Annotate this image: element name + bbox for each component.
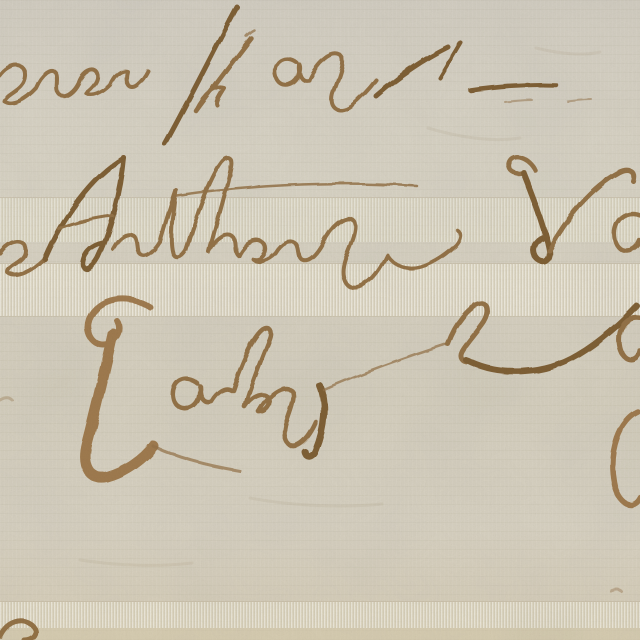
manuscript-photo: ever pray — Anthony Va Darby Va xyxy=(0,0,640,640)
film-grain-overlay xyxy=(0,0,640,640)
manuscript-canvas xyxy=(0,0,640,640)
